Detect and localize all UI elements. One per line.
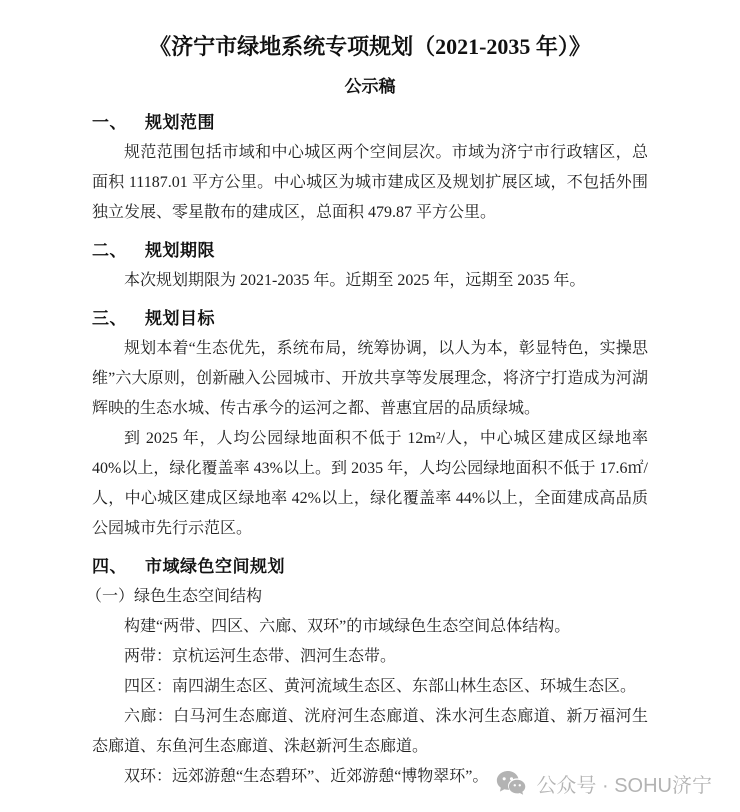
wechat-icon [496,770,527,797]
section-4-paragraph-four-zones: 四区：南四湖生态区、黄河流域生态区、东部山林生态区、环城生态区。 [92,672,648,702]
section-1-number: 一、 [92,108,145,138]
section-2-title: 规划期限 [145,241,215,260]
section-2-paragraph: 本次规划期限为 2021-2035 年。近期至 2025 年，远期至 2035 … [92,266,648,296]
watermark-text: 公众号 · SOHU济宁 [536,769,712,798]
section-3-number: 三、 [92,304,145,334]
subsection-heading: （一）绿色生态空间结构 [86,582,648,612]
watermark: 公众号 · SOHU济宁 [496,769,712,798]
section-3-paragraph-1: 规划本着“生态优先，系统布局，统筹协调，以人为本，彰显特色，实操思维”六大原则，… [92,334,648,424]
section-4-title: 市域绿色空间规划 [145,557,285,576]
section-2-heading: 二、规划期限 [92,236,648,266]
section-3-heading: 三、规划目标 [92,304,648,334]
section-4-paragraph-structure: 构建“两带、四区、六廊、双环”的市域绿色生态空间总体结构。 [92,612,648,642]
section-4-number: 四、 [92,552,145,582]
section-1-paragraph: 规范范围包括市域和中心城区两个空间层次。市域为济宁市行政辖区，总面积 11187… [92,138,648,228]
section-2-number: 二、 [92,236,145,266]
section-4-paragraph-six-corridors: 六廊：白马河生态廊道、洸府河生态廊道、洙水河生态廊道、新万福河生态廊道、东鱼河生… [92,702,648,762]
section-3-title: 规划目标 [145,309,215,328]
section-3-paragraph-2: 到 2025 年，人均公园绿地面积不低于 12m²/人，中心城区建成区绿地率 4… [92,424,648,544]
document-page: 《济宁市绿地系统专项规划（2021-2035 年）》 公示稿 一、规划范围 规范… [0,0,740,812]
document-subtitle: 公示稿 [92,74,648,100]
document-title: 《济宁市绿地系统专项规划（2021-2035 年）》 [92,34,648,60]
section-4-paragraph-two-belts: 两带：京杭运河生态带、泗河生态带。 [92,642,648,672]
section-1-heading: 一、规划范围 [92,108,648,138]
section-1-title: 规划范围 [145,113,215,132]
section-4-heading: 四、市域绿色空间规划 [92,552,648,582]
